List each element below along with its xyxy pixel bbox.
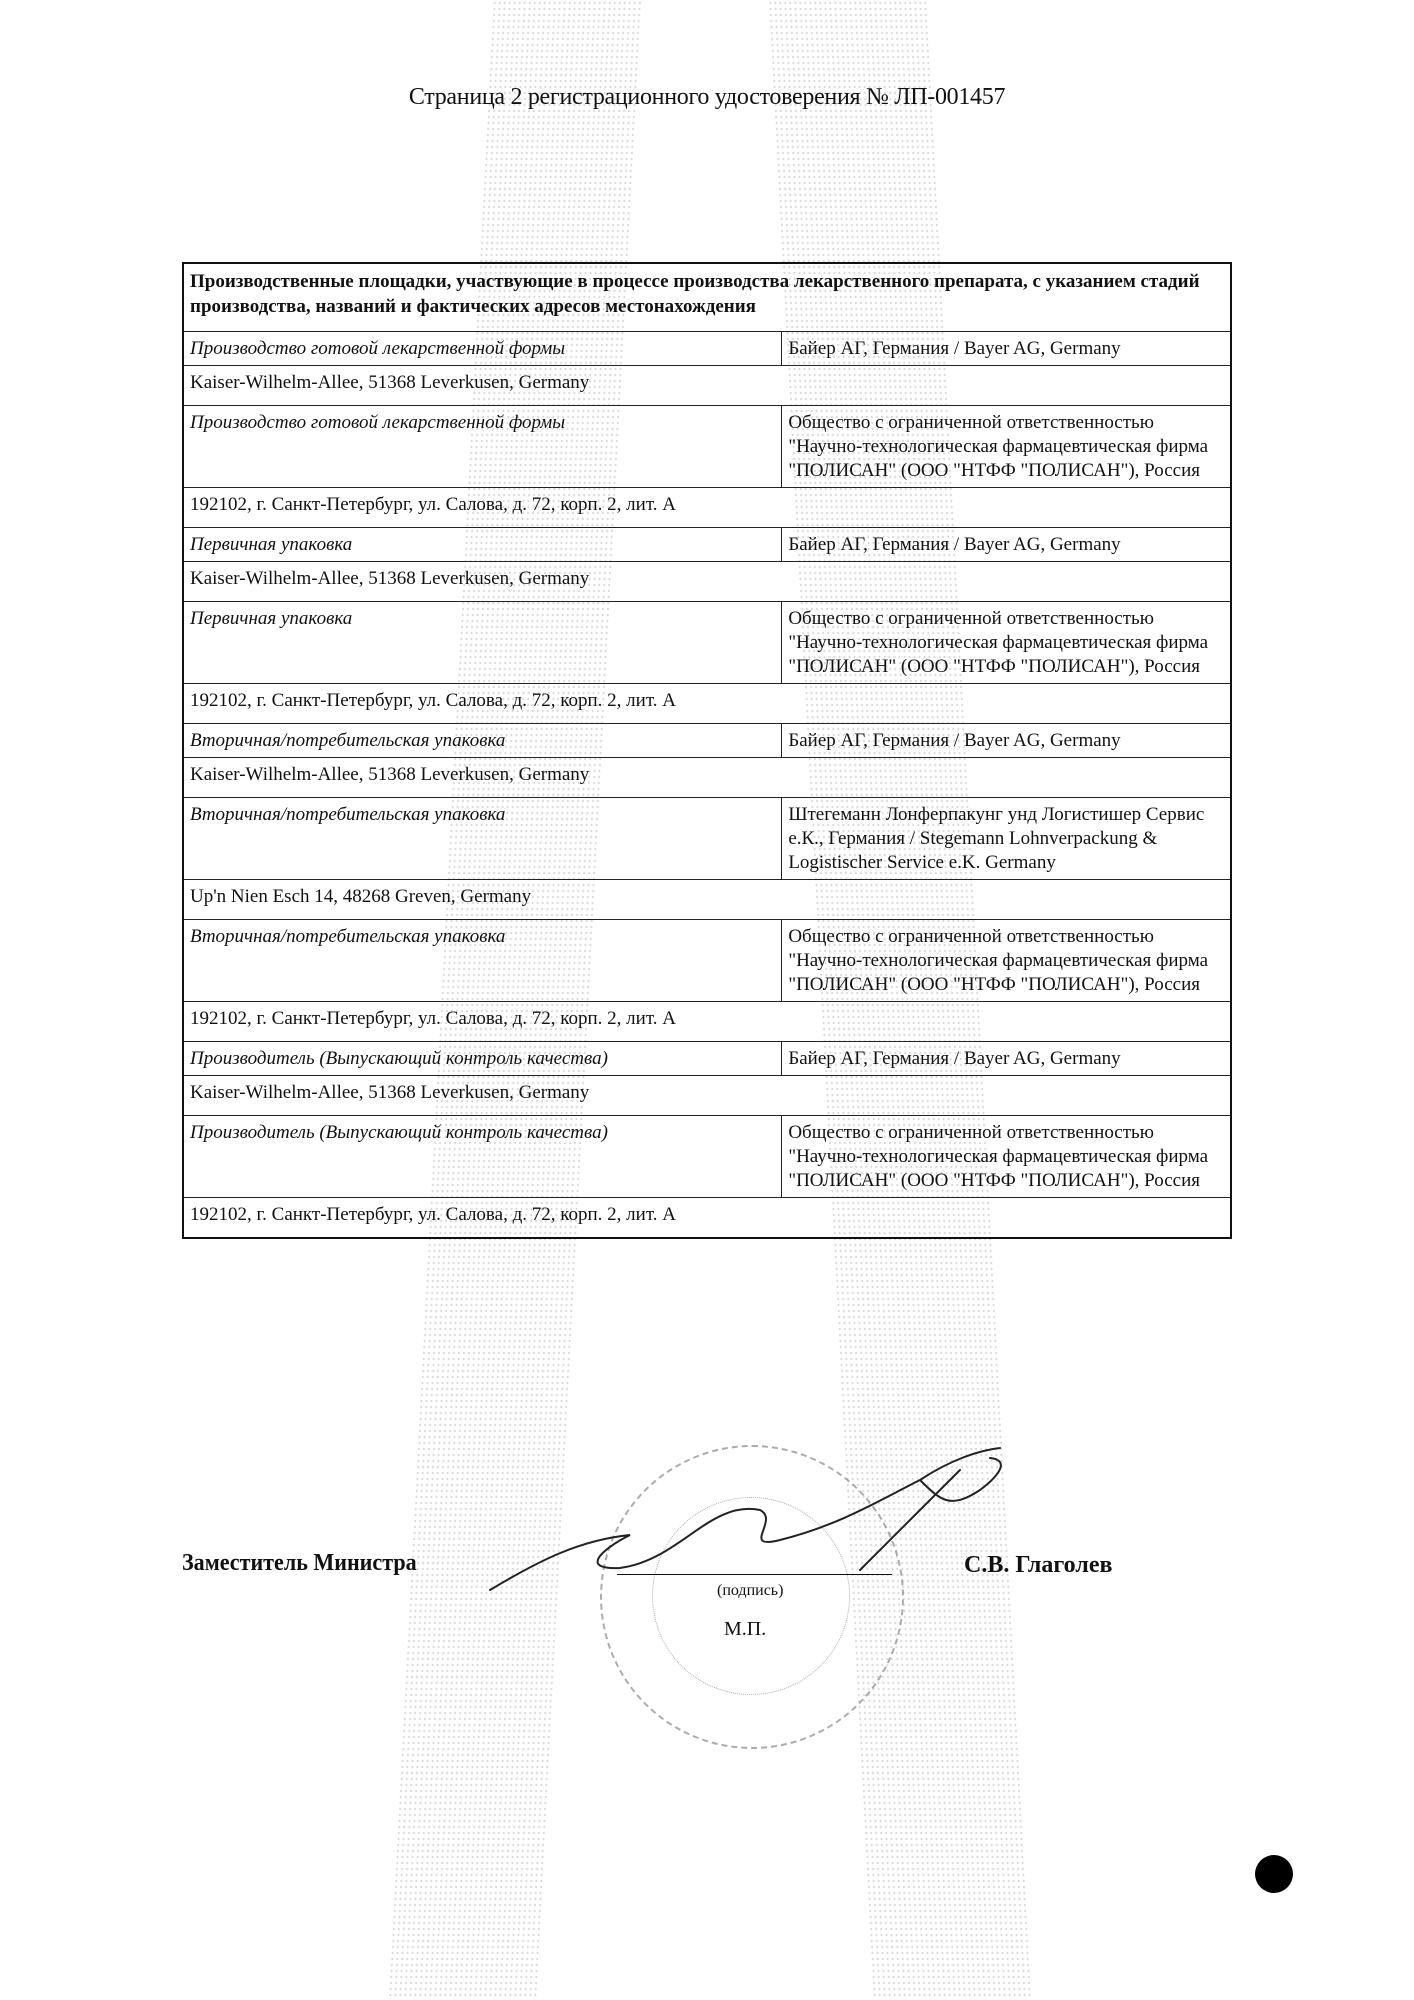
production-stage: Вторичная/потребительская упаковка (183, 798, 782, 880)
manufacturer-name: Общество с ограниченной ответственностью… (782, 1116, 1231, 1198)
site-address: 192102, г. Санкт-Петербург, ул. Салова, … (183, 488, 1231, 528)
table-row-address: Kaiser-Wilhelm-Allee, 51368 Leverkusen, … (183, 1076, 1231, 1116)
table-row-site: Производство готовой лекарственной формы… (183, 406, 1231, 488)
site-address: Kaiser-Wilhelm-Allee, 51368 Leverkusen, … (183, 758, 1231, 798)
production-sites-table: Производственные площадки, участвующие в… (182, 262, 1232, 1239)
table-lead-row: Производственные площадки, участвующие в… (183, 263, 1231, 332)
table-row-site: Первичная упаковкаБайер АГ, Германия / B… (183, 528, 1231, 562)
manufacturer-name: Байер АГ, Германия / Bayer AG, Germany (782, 528, 1231, 562)
production-stage: Производитель (Выпускающий контроль каче… (183, 1116, 782, 1198)
manufacturer-name: Байер АГ, Германия / Bayer AG, Germany (782, 332, 1231, 366)
production-stage: Вторичная/потребительская упаковка (183, 724, 782, 758)
manufacturer-name: Общество с ограниченной ответственностью… (782, 406, 1231, 488)
table-row-address: 192102, г. Санкт-Петербург, ул. Салова, … (183, 1002, 1231, 1042)
signature-line (617, 1574, 892, 1575)
table-row-address: Up'n Nien Esch 14, 48268 Greven, Germany (183, 880, 1231, 920)
table-row-address: 192102, г. Санкт-Петербург, ул. Салова, … (183, 1198, 1231, 1239)
production-stage: Первичная упаковка (183, 602, 782, 684)
table-row-address: 192102, г. Санкт-Петербург, ул. Салова, … (183, 684, 1231, 724)
punch-hole-mark (1255, 1855, 1293, 1893)
site-address: 192102, г. Санкт-Петербург, ул. Салова, … (183, 1198, 1231, 1239)
table-row-address: Kaiser-Wilhelm-Allee, 51368 Leverkusen, … (183, 758, 1231, 798)
signature-caption: (подпись) (717, 1582, 783, 1600)
production-stage: Производство готовой лекарственной формы (183, 332, 782, 366)
manufacturer-name: Байер АГ, Германия / Bayer AG, Germany (782, 1042, 1231, 1076)
table-lead-text: Производственные площадки, участвующие в… (183, 263, 1231, 332)
production-stage: Первичная упаковка (183, 528, 782, 562)
site-address: 192102, г. Санкт-Петербург, ул. Салова, … (183, 684, 1231, 724)
signatory-position: Заместитель Министра (182, 1550, 417, 1577)
site-address: 192102, г. Санкт-Петербург, ул. Салова, … (183, 1002, 1231, 1042)
table-row-address: 192102, г. Санкт-Петербург, ул. Салова, … (183, 488, 1231, 528)
seal-placeholder-label: М.П. (724, 1618, 766, 1641)
manufacturer-name: Байер АГ, Германия / Bayer AG, Germany (782, 724, 1231, 758)
table-row-address: Kaiser-Wilhelm-Allee, 51368 Leverkusen, … (183, 562, 1231, 602)
site-address: Kaiser-Wilhelm-Allee, 51368 Leverkusen, … (183, 366, 1231, 406)
production-stage: Вторичная/потребительская упаковка (183, 920, 782, 1002)
manufacturer-name: Общество с ограниченной ответственностью… (782, 920, 1231, 1002)
signatory-name: С.В. Глаголев (964, 1552, 1112, 1579)
production-stage: Производитель (Выпускающий контроль каче… (183, 1042, 782, 1076)
site-address: Kaiser-Wilhelm-Allee, 51368 Leverkusen, … (183, 562, 1231, 602)
site-address: Up'n Nien Esch 14, 48268 Greven, Germany (183, 880, 1231, 920)
table-row-site: Вторичная/потребительская упаковкаШтегем… (183, 798, 1231, 880)
table-row-site: Вторичная/потребительская упаковкаОбщест… (183, 920, 1231, 1002)
production-stage: Производство готовой лекарственной формы (183, 406, 782, 488)
signature-block: Заместитель Министра (подпись) М.П. С.В.… (182, 1532, 1232, 1652)
manufacturer-name: Штегеманн Лонферпакунг унд Логистишер Се… (782, 798, 1231, 880)
page-title: Страница 2 регистрационного удостоверени… (0, 84, 1414, 111)
table-row-site: Производство готовой лекарственной формы… (183, 332, 1231, 366)
table-row-site: Производитель (Выпускающий контроль каче… (183, 1042, 1231, 1076)
manufacturer-name: Общество с ограниченной ответственностью… (782, 602, 1231, 684)
site-address: Kaiser-Wilhelm-Allee, 51368 Leverkusen, … (183, 1076, 1231, 1116)
table-row-address: Kaiser-Wilhelm-Allee, 51368 Leverkusen, … (183, 366, 1231, 406)
table-row-site: Производитель (Выпускающий контроль каче… (183, 1116, 1231, 1198)
table-row-site: Вторичная/потребительская упаковкаБайер … (183, 724, 1231, 758)
table-row-site: Первичная упаковкаОбщество с ограниченно… (183, 602, 1231, 684)
